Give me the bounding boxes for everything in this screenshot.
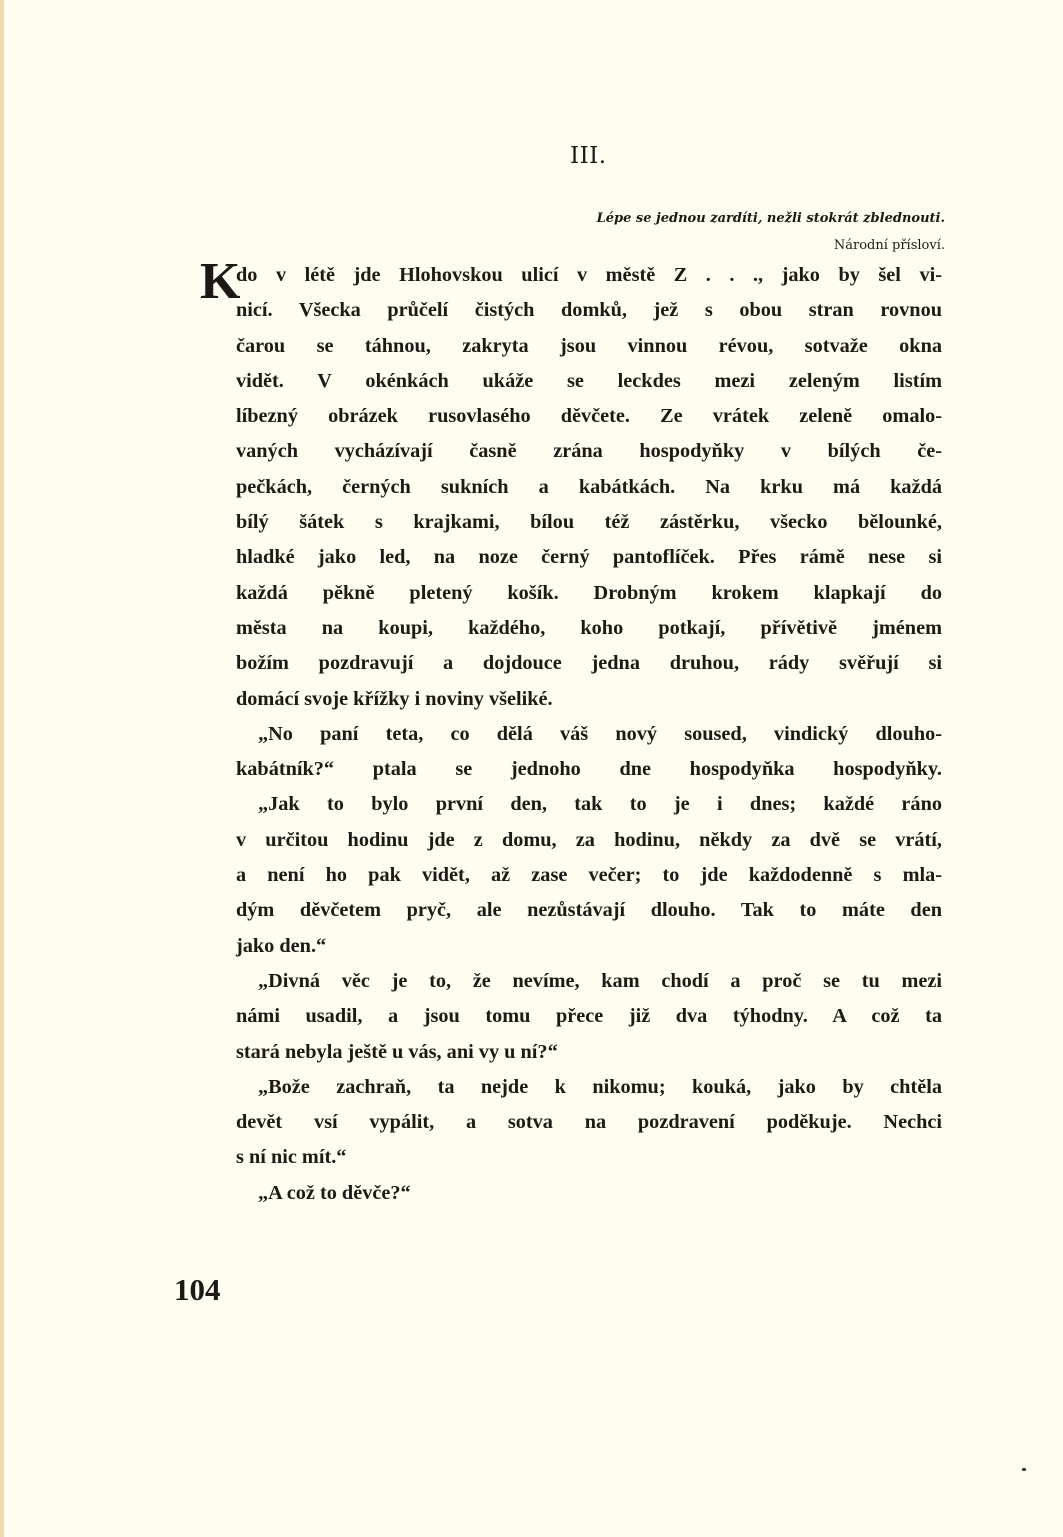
- text-line: vaných vycházívají časně zrána hospodyňk…: [236, 434, 942, 469]
- epigraph-source: Národní přísloví.: [597, 232, 945, 259]
- text-line: „No paní teta, co dělá váš nový soused, …: [236, 717, 942, 752]
- text-line: do v létě jde Hlohovskou ulicí v městě Z…: [236, 258, 942, 293]
- text-line: božím pozdravují a dojdouce jedna druhou…: [236, 646, 942, 681]
- text-line: „Divná věc je to, že nevíme, kam chodí a…: [236, 964, 942, 999]
- page-number: 104: [174, 1272, 221, 1308]
- text-line: s ní nic mít.“: [236, 1140, 942, 1175]
- text-line: bílý šátek s krajkami, bílou též zástěrk…: [236, 505, 942, 540]
- text-line: kabátník?“ ptala se jednoho dne hospodyň…: [236, 752, 942, 787]
- epigraph: Lépe se jednou zardíti, nežli stokrát zb…: [597, 205, 945, 259]
- text-line: námi usadil, a jsou tomu přece již dva t…: [236, 999, 942, 1034]
- epigraph-quote: Lépe se jednou zardíti, nežli stokrát zb…: [597, 205, 945, 232]
- text-line: líbezný obrázek rusovlasého děvčete. Ze …: [236, 399, 942, 434]
- text-line: „Bože zachraň, ta nejde k nikomu; kouká,…: [236, 1070, 942, 1105]
- text-line: dým děvčetem pryč, ale nezůstávají dlouh…: [236, 893, 942, 928]
- text-line: v určitou hodinu jde z domu, za hodinu, …: [236, 823, 942, 858]
- book-page: III. Lépe se jednou zardíti, nežli stokr…: [0, 0, 1063, 1537]
- text-line: domácí svoje křížky i noviny všeliké.: [236, 682, 942, 717]
- text-line: každá pěkně pletený košík. Drobným kroke…: [236, 576, 942, 611]
- text-line: vidět. V okénkách ukáže se leckdes mezi …: [236, 364, 942, 399]
- chapter-heading: III.: [570, 143, 607, 169]
- text-line: „A což to děvče?“: [236, 1176, 942, 1211]
- text-line: nicí. Všecka průčelí čistých domků, jež …: [236, 293, 942, 328]
- text-line: pečkách, černých sukních a kabátkách. Na…: [236, 470, 942, 505]
- text-line: stará nebyla ještě u vás, ani vy u ní?“: [236, 1035, 942, 1070]
- drop-cap: K: [200, 262, 240, 302]
- text-line: devět vsí vypálit, a sotva na pozdravení…: [236, 1105, 942, 1140]
- page-edge: [0, 0, 4, 1537]
- text-line: čarou se táhnou, zakryta jsou vinnou rév…: [236, 329, 942, 364]
- text-line: jako den.“: [236, 929, 942, 964]
- scan-speck: [1022, 1468, 1026, 1471]
- text-line: hladké jako led, na noze černý pantoflíč…: [236, 540, 942, 575]
- text-line: „Jak to bylo první den, tak to je i dnes…: [236, 787, 942, 822]
- body-text: do v létě jde Hlohovskou ulicí v městě Z…: [236, 258, 942, 1211]
- text-line: a není ho pak vidět, až zase večer; to j…: [236, 858, 942, 893]
- text-line: města na koupi, každého, koho potkají, p…: [236, 611, 942, 646]
